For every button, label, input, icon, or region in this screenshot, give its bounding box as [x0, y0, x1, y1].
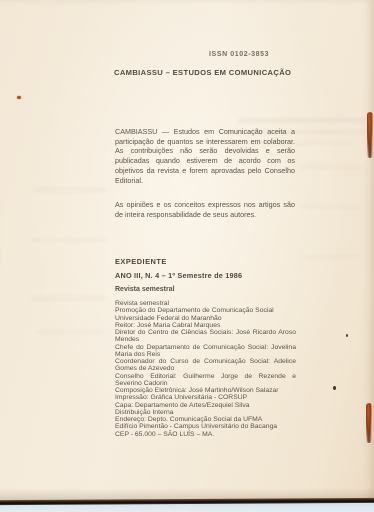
- credit-line-distribuicao: Distribuição Interna: [115, 409, 296, 416]
- bleed-through-ghost-text: [304, 255, 360, 259]
- credit-line-cep: CEP - 65.000 – SÃO LUÍS – MA.: [115, 431, 296, 438]
- submission-policy-paragraph: CAMBIASSU — Estudos em Comunicação aceit…: [115, 127, 295, 185]
- bleed-through-ghost-text: [36, 330, 102, 334]
- rust-staple-mark-bottom: [366, 403, 372, 443]
- expediente-heading: EXPEDIENTE: [115, 257, 167, 266]
- credit-line-impressao: Impressão: Gráfica Universitária - CORSU…: [115, 394, 296, 401]
- credit-line-periodicity: Revista semestral: [115, 300, 296, 307]
- ink-speck: [333, 386, 336, 390]
- credit-line-universidade: Universidade Federal do Maranhão: [115, 315, 296, 322]
- bleed-through-ghost-text: [238, 118, 366, 123]
- credit-line-endereco: Endereço: Depto. Comunicação Social da U…: [115, 416, 296, 423]
- bleed-through-ghost-text: [34, 188, 106, 192]
- bleed-through-ghost-text: [300, 165, 362, 169]
- credit-line-capa: Capa: Departamento de Artes/Ezequiel Sil…: [115, 402, 296, 409]
- expediente-credits-block: Revista semestral Promoção do Departamen…: [115, 300, 296, 438]
- credit-line-promocao: Promoção do Departamento de Comunicação …: [115, 307, 296, 314]
- credit-line-diretor: Diretor do Centro de Ciências Sociais: J…: [115, 329, 296, 344]
- credit-line-coordenador: Coordenador do Curso de Comunicação Soci…: [115, 358, 296, 373]
- credit-line-reitor: Reitor: José Maria Cabral Marques: [115, 322, 296, 329]
- edition-line: ANO III, N. 4 – 1º Semestre de 1986: [115, 271, 242, 280]
- credit-line-chefe: Chefe do Departamento de Comunicação Soc…: [115, 344, 296, 359]
- rust-staple-mark-top: [367, 112, 373, 158]
- responsibility-paragraph: As opiniões e os conceitos expressos nos…: [115, 200, 295, 219]
- rust-speck: [17, 96, 21, 99]
- periodicity-line: Revista semestral: [115, 286, 175, 293]
- scanned-page: ISSN 0102-3853 CAMBIASSU – ESTUDOS EM CO…: [0, 0, 374, 512]
- bleed-through-ghost-text: [30, 296, 106, 300]
- paper-sheet: ISSN 0102-3853 CAMBIASSU – ESTUDOS EM CO…: [0, 0, 374, 503]
- bleed-through-ghost-text: [30, 238, 108, 242]
- issn-number: ISSN 0102-3853: [209, 51, 269, 58]
- credit-line-edificio: Edifício Pimentão - Campus Universitário…: [115, 423, 296, 430]
- bleed-through-ghost-text: [302, 205, 360, 209]
- journal-title: CAMBIASSU – ESTUDOS EM COMUNICAÇÃO: [114, 68, 314, 77]
- credit-line-conselho: Conselho Editorial: Guilherme Jorge de R…: [115, 373, 296, 388]
- ink-speck: [346, 334, 348, 337]
- credit-line-composicao: Composição Eletrônica: José Martinho/Wil…: [115, 387, 296, 394]
